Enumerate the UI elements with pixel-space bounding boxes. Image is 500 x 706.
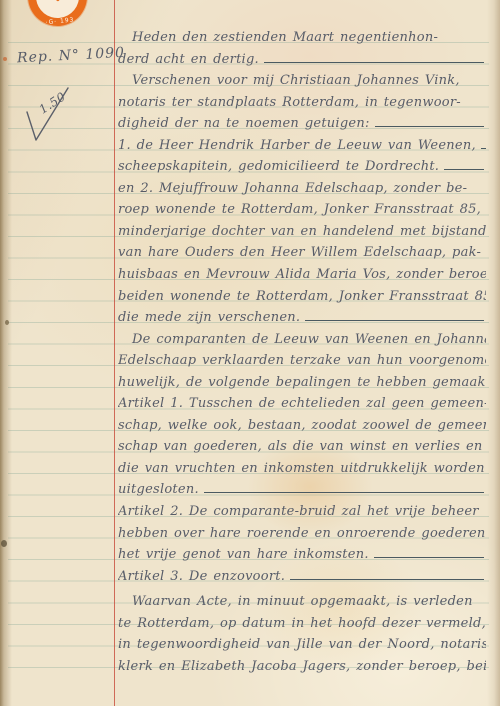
text-line-21: die van vruchten en inkomsten uitdrukkel… (118, 458, 486, 480)
crest-icon: ✾ (50, 0, 64, 5)
text-line-16: Edelschaap verklaarden terzake van hun v… (118, 350, 486, 372)
text-line-15: De comparanten de Leeuw van Weenen en Jo… (118, 329, 486, 351)
text-line-6: 1. de Heer Hendrik Harber de Leeuw van W… (118, 135, 486, 157)
line-filler-dash (374, 557, 484, 558)
text-line-28: te Rotterdam, op datum in het hoofd deze… (118, 613, 486, 635)
text-line-22: uitgesloten. (118, 479, 486, 501)
text-line-20: schap van goederen, als die van winst en… (118, 436, 486, 458)
text-line-30: klerk en Elizabeth Jacoba Jagers, zonder… (118, 656, 486, 678)
text-line-11: van hare Ouders den Heer Willem Edelscha… (118, 242, 486, 264)
text-line-24: hebben over hare roerende en onroerende … (118, 523, 486, 545)
text-line-5: digheid der na te noemen getuigen: (118, 113, 486, 135)
ink-speck (3, 57, 7, 61)
revenue-stamp: ✾ ·G· 193 (25, 0, 90, 29)
fee-notation: 1.50 (24, 84, 76, 146)
text-line-10: minderjarige dochter van en handelend me… (118, 221, 486, 243)
text-line-12: huisbaas en Mevrouw Alida Maria Vos, zon… (118, 264, 486, 286)
text-line-8: en 2. Mejuffrouw Johanna Edelschaap, zon… (118, 178, 486, 200)
deed-body-text: Heden den zestienden Maart negentienhon-… (118, 27, 486, 677)
text-line-23: Artikel 2. De comparante-bruid zal het v… (118, 501, 486, 523)
line-filler-dash (481, 148, 486, 149)
stamp-rim-text: ·G· 193 (30, 15, 89, 28)
text-line-14: die mede zijn verschenen. (118, 307, 486, 329)
ink-speck (1, 540, 7, 547)
text-line-13: beiden wonende te Rotterdam, Jonker Fran… (118, 286, 486, 308)
line-filler-dash (204, 492, 484, 493)
line-filler-dash (305, 320, 484, 321)
page-left-edge (0, 0, 12, 706)
text-line-25: het vrije genot van hare inkomsten. (118, 544, 486, 566)
ink-speck (5, 320, 9, 325)
text-line-7: scheepskapitein, gedomicilieerd te Dordr… (118, 156, 486, 178)
text-line-4: notaris ter standplaats Rotterdam, in te… (118, 92, 486, 114)
text-line-18: Artikel 1. Tusschen de echtelieden zal g… (118, 393, 486, 415)
text-line-19: schap, welke ook, bestaan, zoodat zoowel… (118, 415, 486, 437)
page-right-edge (487, 0, 500, 706)
text-line-27: Waarvan Acte, in minuut opgemaakt, is ve… (118, 591, 486, 613)
text-line-17: huwelijk, de volgende bepalingen te hebb… (118, 372, 486, 394)
text-line-3: Verschenen voor mij Christiaan Johannes … (118, 70, 486, 92)
notarial-deed-page: ✾ ·G· 193 Rep. N° 1090 1.50 Heden den ze… (0, 0, 500, 706)
line-filler-dash (444, 169, 484, 170)
text-line-29: in tegenwoordigheid van Jille van der No… (118, 634, 486, 656)
text-line-1: Heden den zestienden Maart negentienhon- (118, 27, 486, 49)
fee-slash-mark (24, 84, 76, 146)
line-filler-dash (375, 126, 484, 127)
line-filler-dash (264, 62, 484, 63)
line-filler-dash (290, 579, 484, 580)
text-line-9: roep wonende te Rotterdam, Jonker Franss… (118, 199, 486, 221)
text-line-26: Artikel 3. De enzovoort. (118, 566, 486, 588)
text-line-2: derd acht en dertig. (118, 49, 486, 71)
margin-rule-line (114, 0, 115, 706)
